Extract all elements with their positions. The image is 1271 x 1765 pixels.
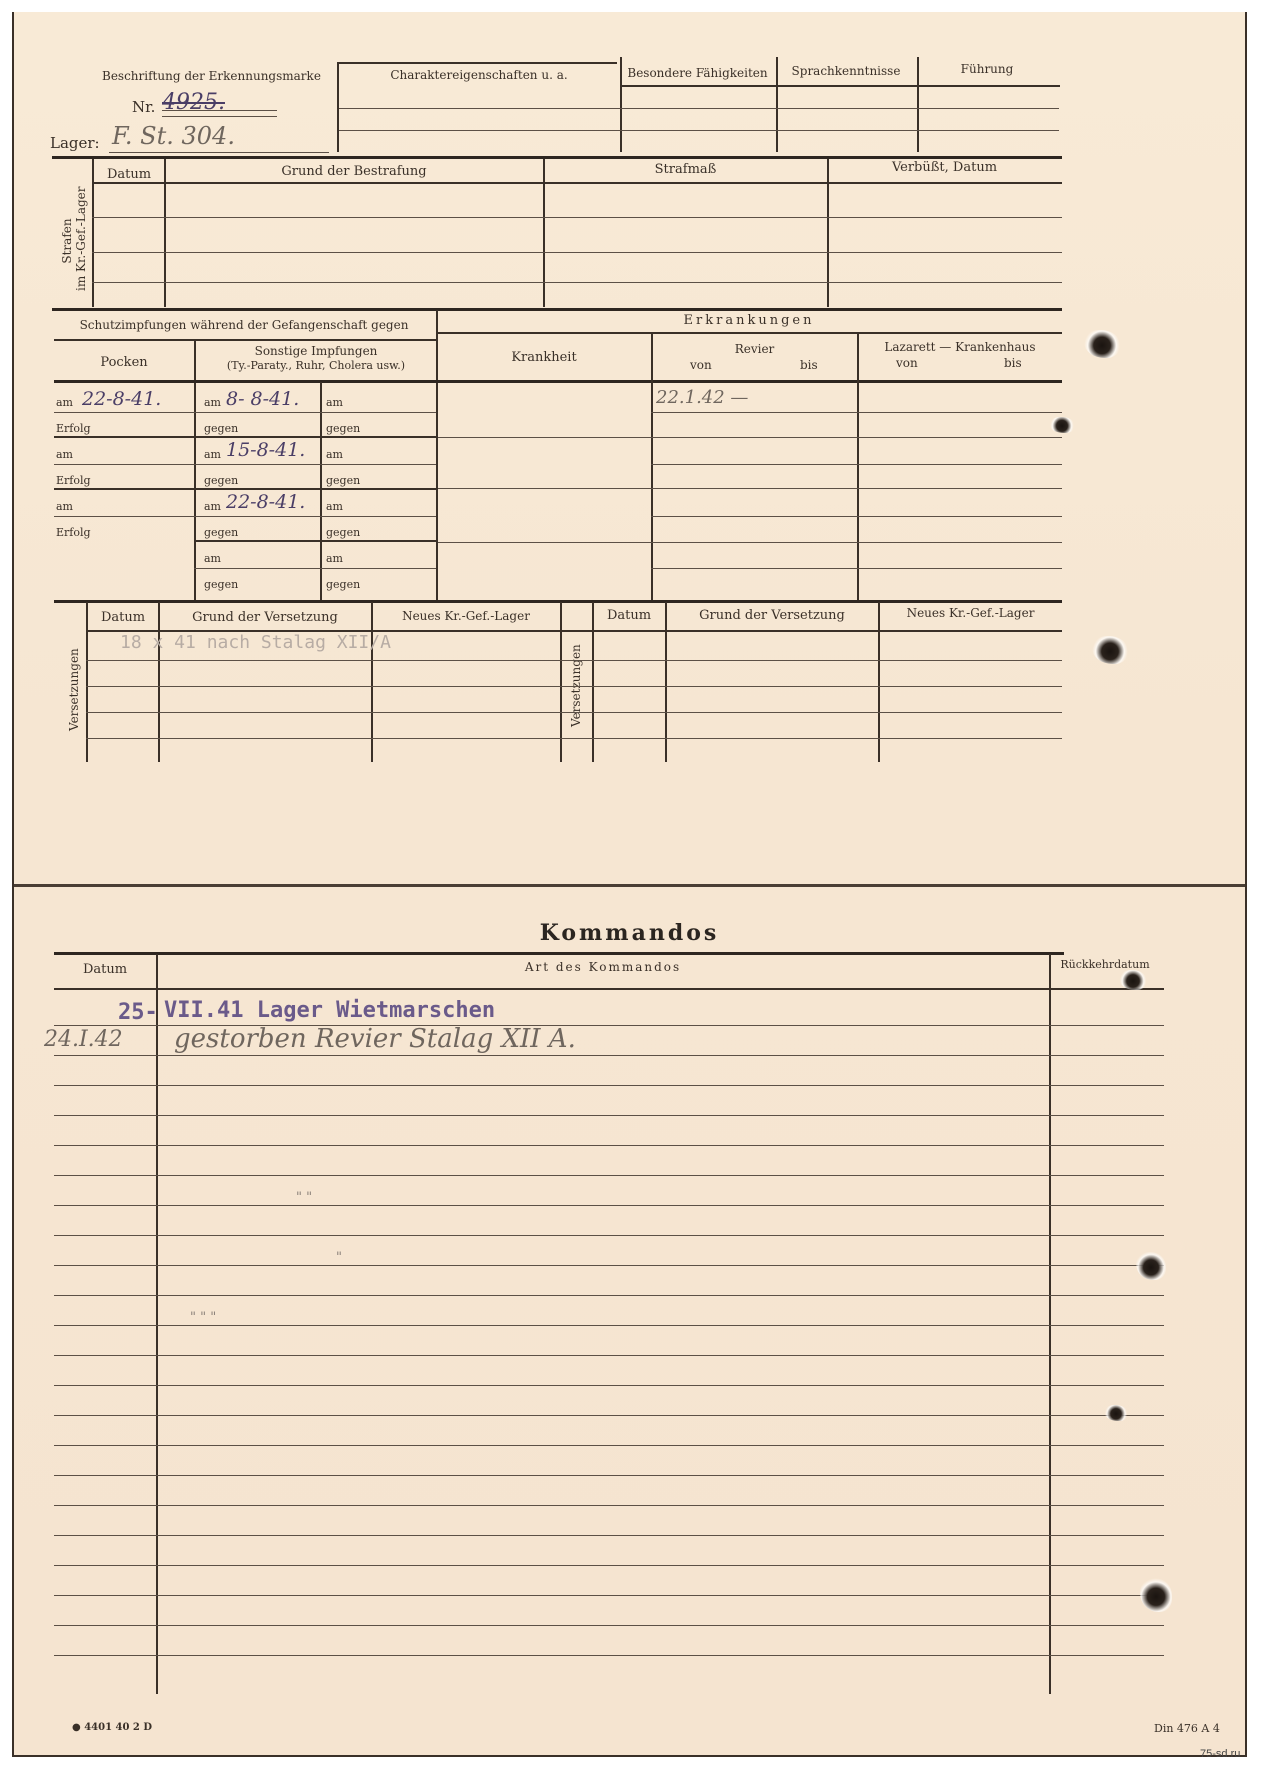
revier-von-value: 22.1.42 — [656, 387, 748, 408]
kommandos-header-art: Art des Kommandos [158, 960, 1048, 974]
impfungen-heading: Schutzimpfungen während der Gefangenscha… [54, 318, 434, 332]
versetzung-left-header-lager: Neues Kr.-Gef.-Lager [372, 609, 560, 623]
sonstige-header: Sonstige Impfungen [196, 344, 436, 358]
sonstige-date-3: 22-8-41. [226, 491, 305, 513]
gegen-label: gegen [204, 526, 238, 539]
kommando-entry-2-date: 24.I.42 [44, 1027, 123, 1052]
am-label: am [204, 448, 221, 461]
krankheit-header: Krankheit [438, 350, 650, 365]
erfolg-label: Erfolg [56, 526, 91, 539]
versetzung-right-header-lager: Neues Kr.-Gef.-Lager [879, 606, 1062, 620]
tag-heading: Beschriftung der Erkennungsmarke [102, 69, 321, 83]
versetzung-left-header-grund: Grund der Versetzung [160, 610, 370, 625]
versetzungen-side-label-right: Versetzungen [569, 647, 583, 727]
strafen-header-datum: Datum [94, 167, 164, 182]
punch-hole [1104, 1405, 1128, 1421]
sonstige-date-2: 15-8-41. [226, 439, 305, 461]
lazarett-von-label: von [896, 356, 918, 370]
punch-hole [1084, 330, 1120, 358]
header-fuehrung: Führung [917, 62, 1057, 76]
am-label: am [204, 500, 221, 513]
am-label: am [326, 552, 343, 565]
am-label: am [326, 500, 343, 513]
versetzung-stamp: 18 x 41 nach Stalag XII/A [120, 632, 391, 653]
watermark: 75-sd.ru [1200, 1748, 1240, 1760]
strafen-side-label: Strafenim Kr.-Gef.-Lager [60, 191, 88, 291]
versetzung-right-header-datum: Datum [594, 608, 664, 623]
kommandos-header-rueckkehr: Rückkehrdatum [1050, 958, 1160, 971]
lazarett-header: Lazarett — Krankenhaus [858, 340, 1062, 354]
ditto-mark-1: " " [296, 1190, 312, 1205]
gegen-label: gegen [204, 578, 238, 591]
kommando-entry-1-date: 25- [118, 1000, 158, 1025]
punch-hole [1119, 970, 1147, 990]
lazarett-bis-label: bis [1004, 356, 1022, 370]
pocken-date-1: 22-8-41. [82, 388, 161, 410]
document-card: Beschriftung der Erkennungsmarke Nr. 492… [12, 12, 1247, 1757]
header-charaktereigenschaften: Charaktereigenschaften u. a. [339, 68, 619, 82]
gegen-label: gegen [204, 422, 238, 435]
kommando-entry-2-text: gestorben Revier Stalag XII A. [174, 1024, 576, 1054]
nr-value: 4925. [162, 90, 225, 115]
punch-hole [1136, 1252, 1166, 1280]
din-label: Din 476 A 4 [1154, 1722, 1220, 1735]
strafen-header-grund: Grund der Bestrafung [164, 164, 544, 179]
revier-header: Revier [652, 342, 857, 356]
print-mark-icon: ● [72, 1722, 81, 1733]
strafen-header-strafmass: Strafmaß [544, 162, 827, 177]
sonstige-subheader: (Ty.-Paraty., Ruhr, Cholera usw.) [196, 359, 436, 372]
kommandos-title: Kommandos [14, 920, 1245, 946]
kommando-entry-1-text: VII.41 Lager Wietmarschen [164, 998, 495, 1023]
am-label: am [204, 396, 221, 409]
am-label: am [56, 500, 73, 513]
erfolg-label: Erfolg [56, 474, 91, 487]
fold-line [14, 884, 1245, 887]
versetzung-right-header-grund: Grund der Versetzung [666, 608, 878, 623]
am-label: am [204, 552, 221, 565]
am-label: am [326, 396, 343, 409]
gegen-label: gegen [326, 422, 360, 435]
print-code: ● 4401 40 2 D [72, 1722, 152, 1733]
am-label: am [56, 448, 73, 461]
revier-bis-label: bis [800, 358, 818, 372]
punch-hole [1049, 417, 1075, 433]
nr-label: Nr. [132, 98, 155, 116]
kommandos-header-datum: Datum [54, 962, 156, 977]
strafen-header-verbuesst: Verbüßt, Datum [827, 160, 1062, 175]
sonstige-date-1: 8- 8-41. [226, 388, 299, 410]
gegen-label: gegen [326, 526, 360, 539]
lager-label: Lager: [50, 134, 100, 152]
gegen-label: gegen [326, 474, 360, 487]
header-besondere-faehigkeiten: Besondere Fähigkeiten [620, 66, 775, 80]
gegen-label: gegen [326, 578, 360, 591]
am-label: am [326, 448, 343, 461]
ditto-mark-3: " " " [190, 1310, 216, 1325]
revier-von-label: von [690, 358, 712, 372]
pocken-header: Pocken [54, 355, 194, 370]
versetzungen-side-label-left: Versetzungen [67, 651, 81, 731]
erkrankungen-heading: Erkrankungen [436, 313, 1062, 328]
ditto-mark-2: " [336, 1250, 342, 1265]
am-label: am [56, 396, 73, 409]
gegen-label: gegen [204, 474, 238, 487]
header-sprachkenntnisse: Sprachkenntnisse [776, 64, 916, 78]
erfolg-label: Erfolg [56, 422, 91, 435]
lager-value: F. St. 304. [112, 122, 235, 150]
punch-hole [1140, 1578, 1172, 1612]
versetzung-left-header-datum: Datum [88, 610, 158, 625]
punch-hole [1092, 636, 1128, 664]
